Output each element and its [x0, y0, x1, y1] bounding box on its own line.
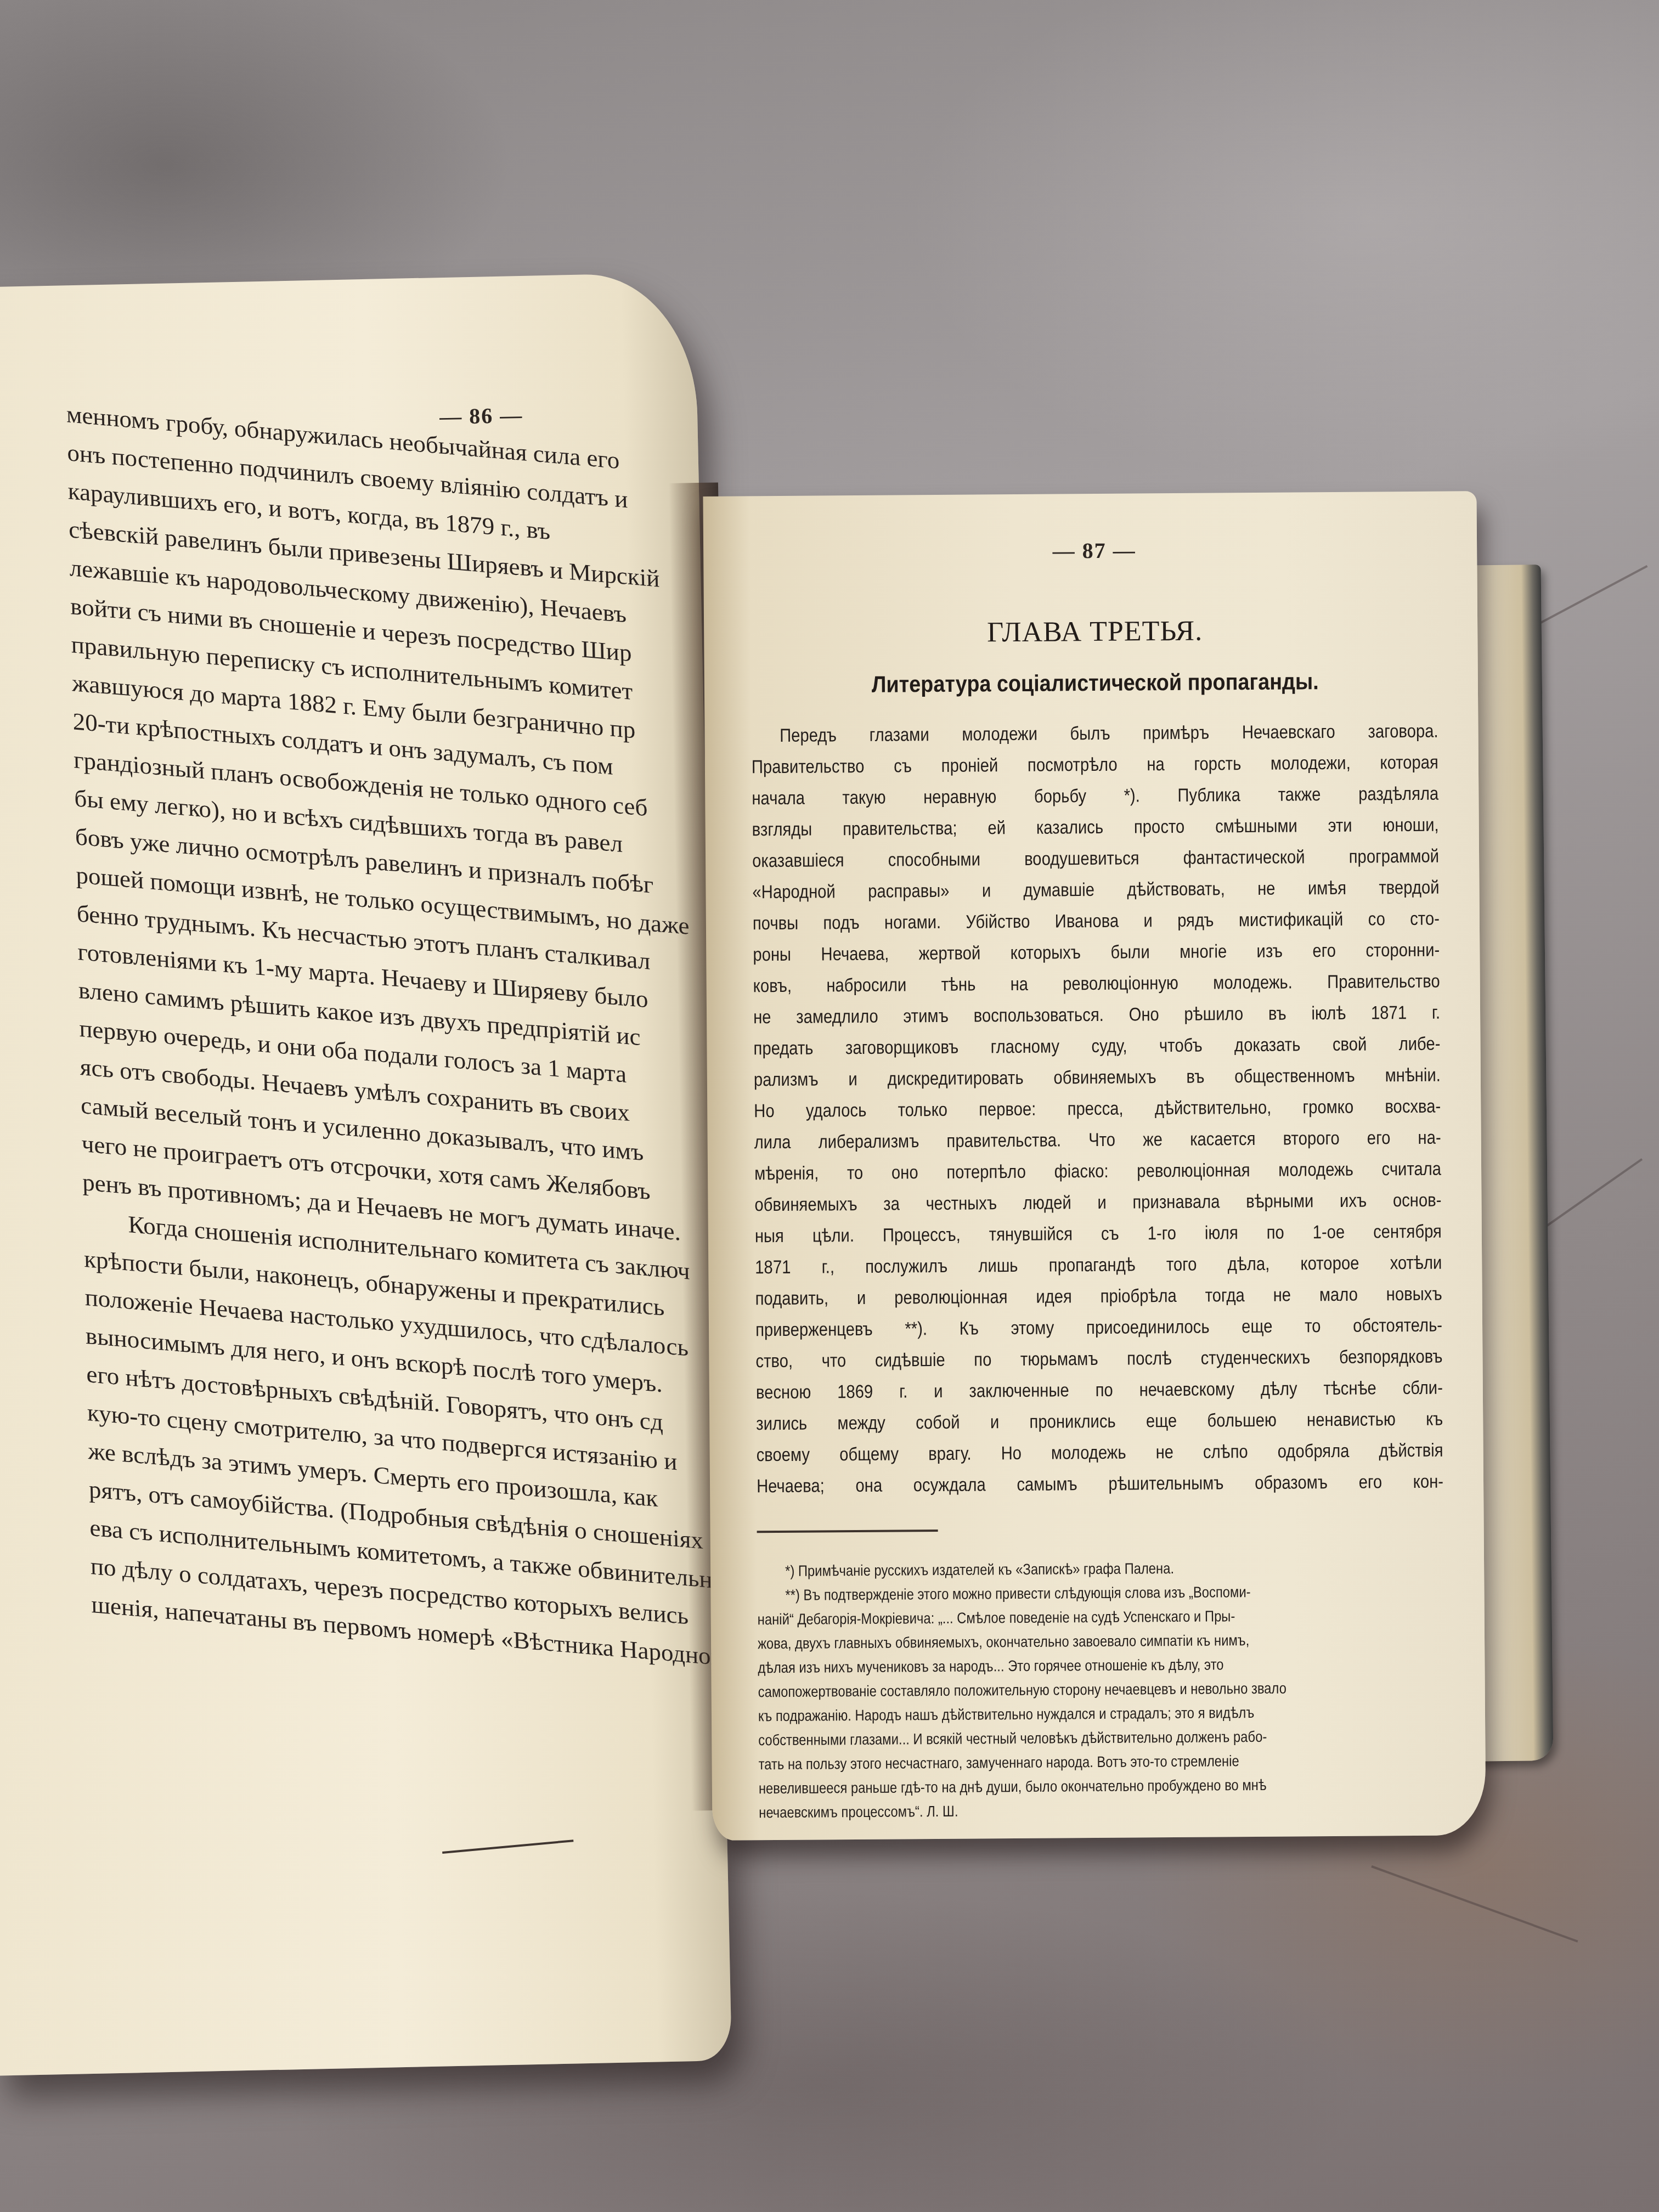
footnote-line: нечаевскимъ процессомъ“. Л. Ш. — [759, 1796, 1443, 1825]
right-page-body: Передъ глазами молодежи былъ примѣръ Неч… — [751, 716, 1443, 1503]
text-line: 1871 г., послужилъ лишь пропагандѣ того … — [755, 1248, 1442, 1284]
page-number-left: — 86 — — [439, 402, 523, 430]
right-page: — 87 — ГЛАВА ТРЕТЬЯ. Литература соціалис… — [703, 491, 1486, 1841]
text-line: приверженцевъ **). Къ этому присоединило… — [755, 1310, 1442, 1346]
chapter-subtitle: Литература соціалистической пропаганды. — [785, 668, 1405, 698]
text-line: рализмъ и дискредитировать обвиняемыхъ в… — [754, 1060, 1441, 1096]
footnotes: *) Примѣчаніе русскихъ издателей къ «Зап… — [757, 1555, 1443, 1825]
left-page: — 86 — менномъ гробу, обнаружилась необы… — [0, 272, 732, 2075]
text-line: мѣренія, то оно потерпѣло фіаско: револю… — [754, 1154, 1441, 1190]
text-line: ныя цѣли. Процессъ, тянувшійся съ 1-го і… — [755, 1216, 1442, 1252]
text-line: почвы подъ ногами. Убійство Иванова и ря… — [753, 904, 1440, 940]
section-end-rule — [442, 1839, 573, 1854]
text-line: предать заговорщиковъ гласному суду, что… — [753, 1029, 1440, 1065]
text-line: обвиняемыхъ за честныхъ людей и признава… — [754, 1185, 1441, 1221]
text-line: лила либерализмъ правительства. Что же к… — [754, 1122, 1441, 1159]
page-number-right: — 87 — — [750, 535, 1438, 566]
left-page-body: менномъ гробу, обнаружилась необычайная … — [66, 395, 732, 1683]
text-line: роны Нечаева, жертвой которыхъ были мног… — [753, 935, 1440, 971]
text-line: подавить, и революціонная идея пріобрѣла… — [755, 1279, 1442, 1315]
text-line: Правительство съ проніей посмотрѣло на г… — [752, 747, 1438, 783]
text-line: Но удалось только первое: пресса, дѣйств… — [754, 1091, 1441, 1127]
text-line: Нечаева; она осуждала самымъ рѣшительным… — [757, 1466, 1443, 1503]
footnote-separator — [757, 1530, 938, 1533]
text-line: ство, что сидѣвшіе по тюрьмамъ послѣ сту… — [755, 1341, 1442, 1378]
text-line: весною 1869 г. и заключенные по нечаевск… — [756, 1373, 1443, 1409]
text-line: оказавшіеся способными воодушевиться фан… — [752, 841, 1439, 877]
text-line: «Народной расправы» и думавшіе дѣйствова… — [752, 872, 1439, 909]
text-line: зились между собой и прониклись еще боль… — [756, 1404, 1443, 1440]
text-line: ковъ, набросили тѣнь на революціонную мо… — [753, 966, 1440, 1002]
text-line: Передъ глазами молодежи былъ примѣръ Неч… — [751, 716, 1438, 752]
marble-vein — [1371, 1865, 1578, 1943]
text-line: взгляды правительства; ей казались прост… — [752, 810, 1439, 846]
chapter-title: ГЛАВА ТРЕТЬЯ. — [751, 613, 1439, 651]
text-line: своему общему врагу. Но молодежь не слѣп… — [756, 1435, 1443, 1471]
text-line: начала такую неравную борьбу *). Публика… — [752, 778, 1438, 815]
text-line: не замедлило этимъ воспользоваться. Оно … — [753, 997, 1440, 1034]
